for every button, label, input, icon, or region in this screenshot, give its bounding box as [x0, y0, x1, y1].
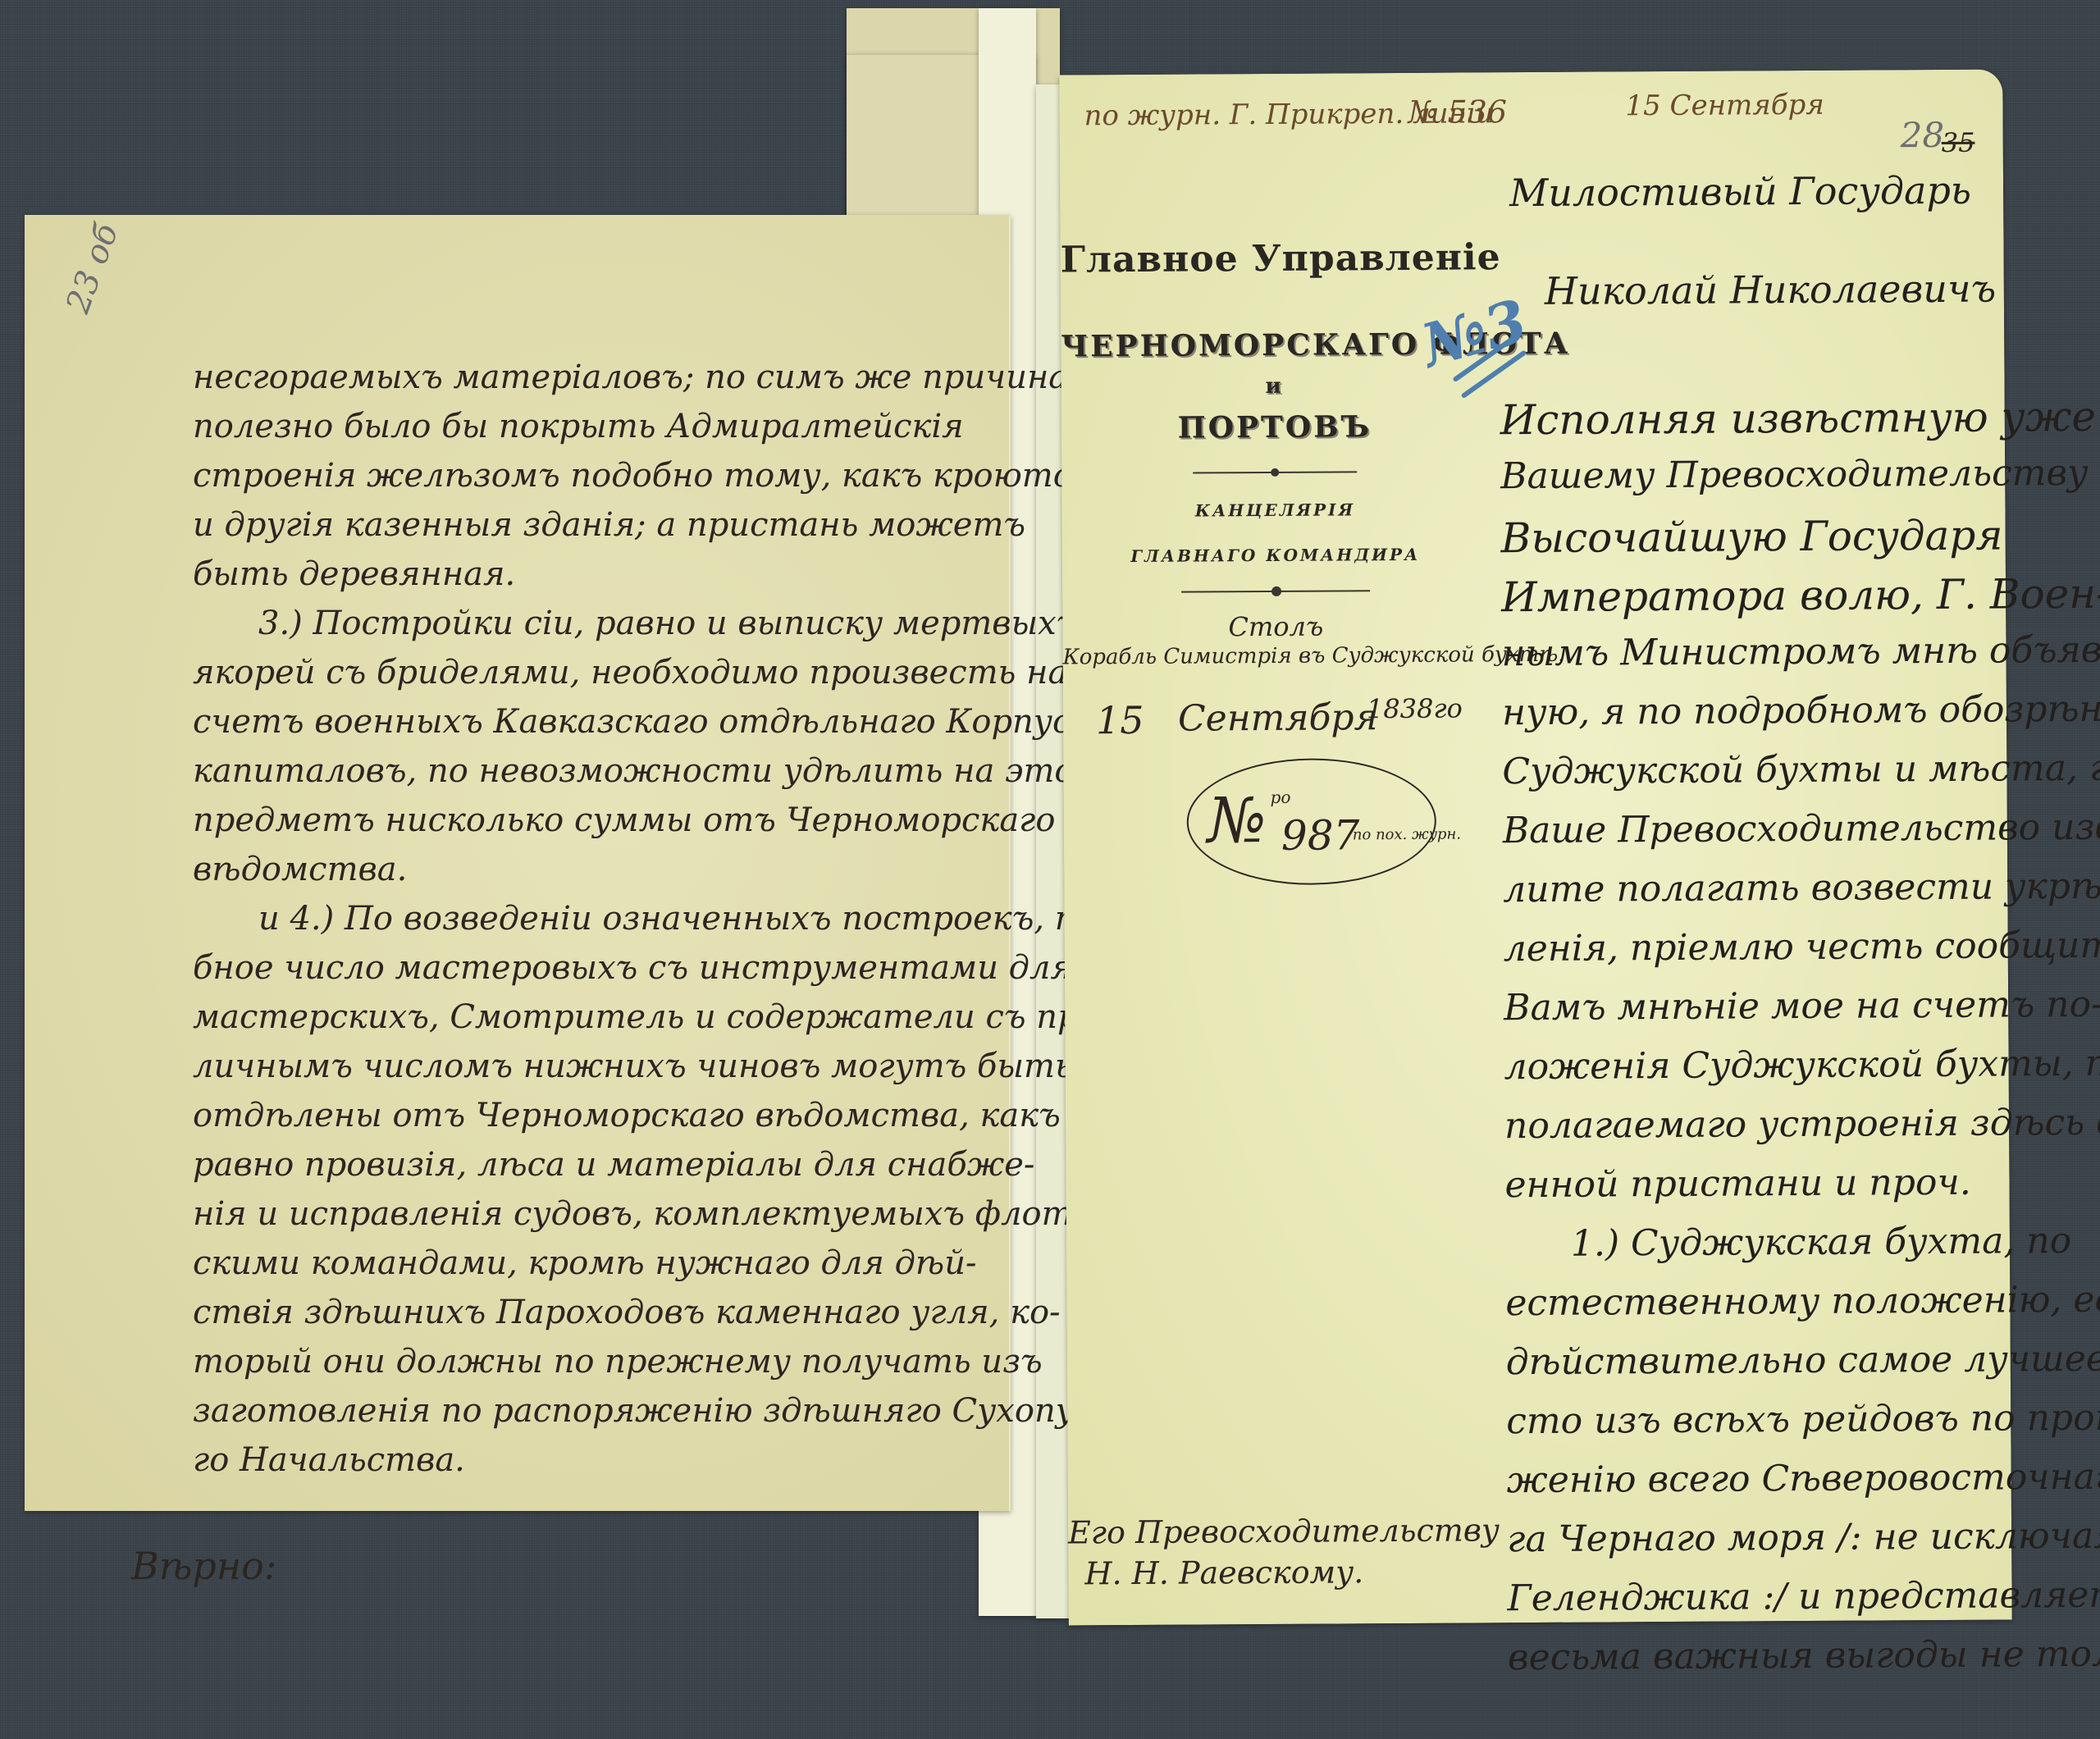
letterhead-title: Главное Управленіе: [1060, 236, 1486, 281]
date-year: 1838го: [1367, 693, 1463, 725]
registry-number: № 536: [1408, 94, 1507, 130]
text-line: предметъ нисколько суммы отъ Черноморска…: [193, 801, 1055, 839]
text-line: строенія желѣзомъ подобно тому, какъ кро…: [193, 457, 1093, 495]
text-line: полагаемаго устроенія здѣсь во-: [1504, 1101, 2100, 1147]
registry-date: 15 Сентября: [1625, 89, 1824, 122]
text-line: личнымъ числомъ нижнихъ чиновъ могутъ бы…: [193, 1048, 1073, 1085]
letterhead: Главное Управленіе ЧЕРНОМОРСКАГО ФЛОТА и…: [1060, 162, 1486, 165]
text-line: ную, я по подробномъ обозрѣніи: [1502, 688, 2100, 734]
text-line: Геленджика :/ и представляетъ: [1507, 1573, 2100, 1619]
text-line: несгораемыхъ матеріаловъ; по симъ же при…: [193, 358, 1117, 396]
number-sign: №: [1207, 783, 1267, 856]
addressee-name: Н. Н. Раевскому.: [1084, 1554, 1363, 1591]
text-line: мастерскихъ, Смотритель и содержатели съ…: [193, 998, 1111, 1036]
text-line: Высочайшую Государя: [1501, 512, 2003, 563]
text-line: быть деревянная.: [193, 555, 515, 593]
text-line: торый они должны по прежнему получать из…: [193, 1343, 1043, 1381]
text-line: счетъ военныхъ Кавказскаго отдѣльнаго Ко…: [193, 703, 1090, 741]
date-day: 15: [1096, 698, 1144, 742]
text-line: вѣдомства.: [193, 851, 407, 888]
right-page: по журн. Г. Прикреп. линіи № 536 15 Сент…: [1059, 70, 2012, 1626]
right-page-body: Исполняя извѣстную уже Вашему Превосходи…: [1500, 394, 1993, 397]
text-line: скими командами, кромѣ нужнаго для дѣй-: [193, 1244, 977, 1282]
text-line: бное число мастеровыхъ съ инструментами …: [193, 949, 1072, 987]
text-line: Вамъ мнѣніе мое на счетъ по-: [1504, 984, 2100, 1029]
text-line: женію всего Сѣверовосточнаго бере-: [1507, 1455, 2100, 1502]
folio-mark-pencil: 23 об: [59, 219, 126, 318]
text-line: нымъ Министромъ мнѣ объявлен-: [1501, 628, 2100, 674]
certification-verno: Вѣрно:: [131, 1544, 276, 1588]
divider-ornament: [1271, 468, 1279, 477]
text-line: Ваше Превосходительство изво-: [1503, 806, 2100, 851]
outgoing-number: 987: [1281, 811, 1360, 860]
text-line: 1.) Суджукская бухта, по: [1571, 1220, 2072, 1265]
text-line: полезно было бы покрыть Адмиралтейскія: [193, 408, 964, 445]
letter-date: 15 Сентября 1838го: [1096, 696, 1473, 698]
divider-ornament-2: [1271, 587, 1281, 596]
text-line: равно провизія, лѣса и матеріалы для сна…: [193, 1146, 1034, 1184]
folio-number-struck: 35: [1942, 127, 1975, 158]
text-line: весьма важныя выгоды не только: [1508, 1632, 2100, 1678]
text-line: 3.) Постройки сіи, равно и выписку мертв…: [258, 605, 1078, 642]
letterhead-and: и: [1061, 372, 1487, 399]
letterhead-chancellery: КАНЦЕЛЯРІЯ: [1061, 499, 1488, 521]
letterhead-commander: ГЛАВНАГО КОМАНДИРА: [1062, 544, 1489, 566]
left-page: 23 об несгораемыхъ матеріаловъ; по симъ …: [25, 215, 1011, 1511]
text-line: заготовленія по распоряженію здѣшняго Су…: [193, 1392, 1158, 1430]
text-line: ленія, пріемлю честь сообщить: [1504, 924, 2100, 970]
text-line: и другія казенныя зданія; а пристань мож…: [193, 506, 1025, 544]
text-line: нія и исправленія судовъ, комплектуемыхъ…: [193, 1195, 1084, 1233]
text-line: Императора волю, Г. Воен-: [1501, 570, 2100, 622]
text-line: ствія здѣшнихъ Пароходовъ каменнаго угля…: [193, 1294, 1061, 1331]
text-line: Суджукской бухты и мѣста, гдѣ: [1502, 746, 2100, 792]
text-line: якорей съ бриделями, необходимо произвес…: [193, 654, 1067, 691]
text-line: сто изъ всѣхъ рейдовъ по протя-: [1506, 1396, 2100, 1442]
text-line: лите полагать возвести укрѣп-: [1503, 865, 2100, 911]
salutation-title: Милостивый Государь: [1509, 168, 1971, 215]
desk-name: Корабль Симистрія въ Суджукской бухтѣ.: [1062, 642, 1489, 669]
text-line: естественному положенію, есть: [1505, 1278, 2100, 1324]
text-line: Исполняя извѣстную уже: [1500, 393, 2097, 444]
letterhead-ports: ПОРТОВЪ: [1061, 409, 1488, 445]
text-line: дѣйствительно самое лучшее мѣ-: [1506, 1337, 2100, 1383]
date-month: Сентября: [1178, 696, 1378, 739]
outgoing-number-journal: по пох. журн.: [1353, 826, 1461, 844]
text-line: енной пристани и проч.: [1504, 1162, 1971, 1206]
text-line: га Чернаго моря /: не исключая и: [1507, 1514, 2100, 1560]
text-line: Вашему Превосходительству: [1500, 452, 2089, 497]
number-sup: ро: [1271, 787, 1291, 807]
folio-number: 28: [1901, 115, 1945, 155]
salutation-name: Николай Николаевичъ: [1545, 267, 1997, 313]
text-line: го Начальства.: [193, 1441, 465, 1479]
text-line: и 4.) По возведеніи означенныхъ построек…: [258, 900, 1178, 938]
desk-label: Столъ: [1062, 609, 1489, 643]
text-line: отдѣлены отъ Черноморскаго вѣдомства, ка…: [193, 1097, 1061, 1134]
text-line: капиталовъ, по невозможности удѣлить на …: [193, 752, 1127, 790]
text-line: ложенія Суджукской бухты, пред-: [1504, 1042, 2100, 1088]
addressee-title: Его Превосходительству: [1068, 1512, 1500, 1550]
